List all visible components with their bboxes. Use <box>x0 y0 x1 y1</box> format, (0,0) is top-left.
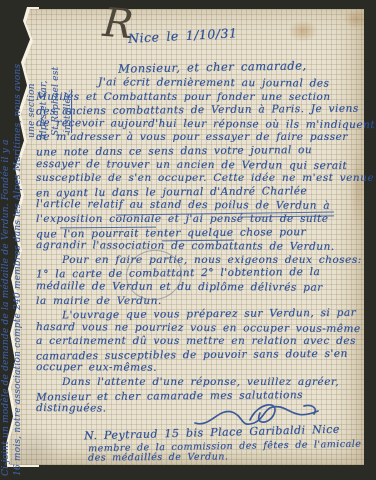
margin-note-vertical: 16 mois, notre association compte 240 me… <box>13 42 25 476</box>
handwriting-line: de recevoir aujourd'hui leur réponse où … <box>36 117 366 133</box>
handwriting-line: a certainement dû vous mettre en relatio… <box>36 335 366 349</box>
margin-note-corner: St Raphael est <box>51 40 62 136</box>
signature-role-line: des médaillés de Verdun. <box>88 451 228 463</box>
margin-note-corner: installée. <box>63 41 74 133</box>
handwriting-line: hasard vous ne pourriez vous en occuper … <box>36 321 366 337</box>
handwriting-line: agrandir l'association de combattants de… <box>36 239 366 255</box>
handwriting-line: essayer de trouver un ancien de Verdun q… <box>36 158 366 174</box>
handwriting-line: occuper eux-mêmes. <box>36 361 366 377</box>
handwriting-line: médaille de Verdun et du diplôme délivré… <box>36 280 366 296</box>
margin-note-vertical: Ci-joint un modèle de demande de la méda… <box>1 56 13 476</box>
margin-note-corner: Alpes et Var, <box>39 40 50 140</box>
handwriting-line: J'ai écrit dernièrement au journal des <box>98 76 366 91</box>
foxing-stain <box>343 9 369 29</box>
handwriting-line: susceptible de s'en occuper. Cette idée … <box>36 172 366 186</box>
handwriting-line: de m'adresser à vous pour essayer de fai… <box>36 131 366 145</box>
margin-note-corner: une section <box>27 42 38 138</box>
letter-body: J'ai écrit dernièrement au journal desMu… <box>36 77 366 417</box>
handwriting-line: la mairie de Verdun. <box>36 295 366 309</box>
scan-background: R Nice le 1/10/31 Monsieur, et cher cama… <box>0 0 376 480</box>
handwriting-line: Dans l'attente d'une réponse, veuillez a… <box>62 376 366 390</box>
foxing-stain <box>288 20 318 42</box>
